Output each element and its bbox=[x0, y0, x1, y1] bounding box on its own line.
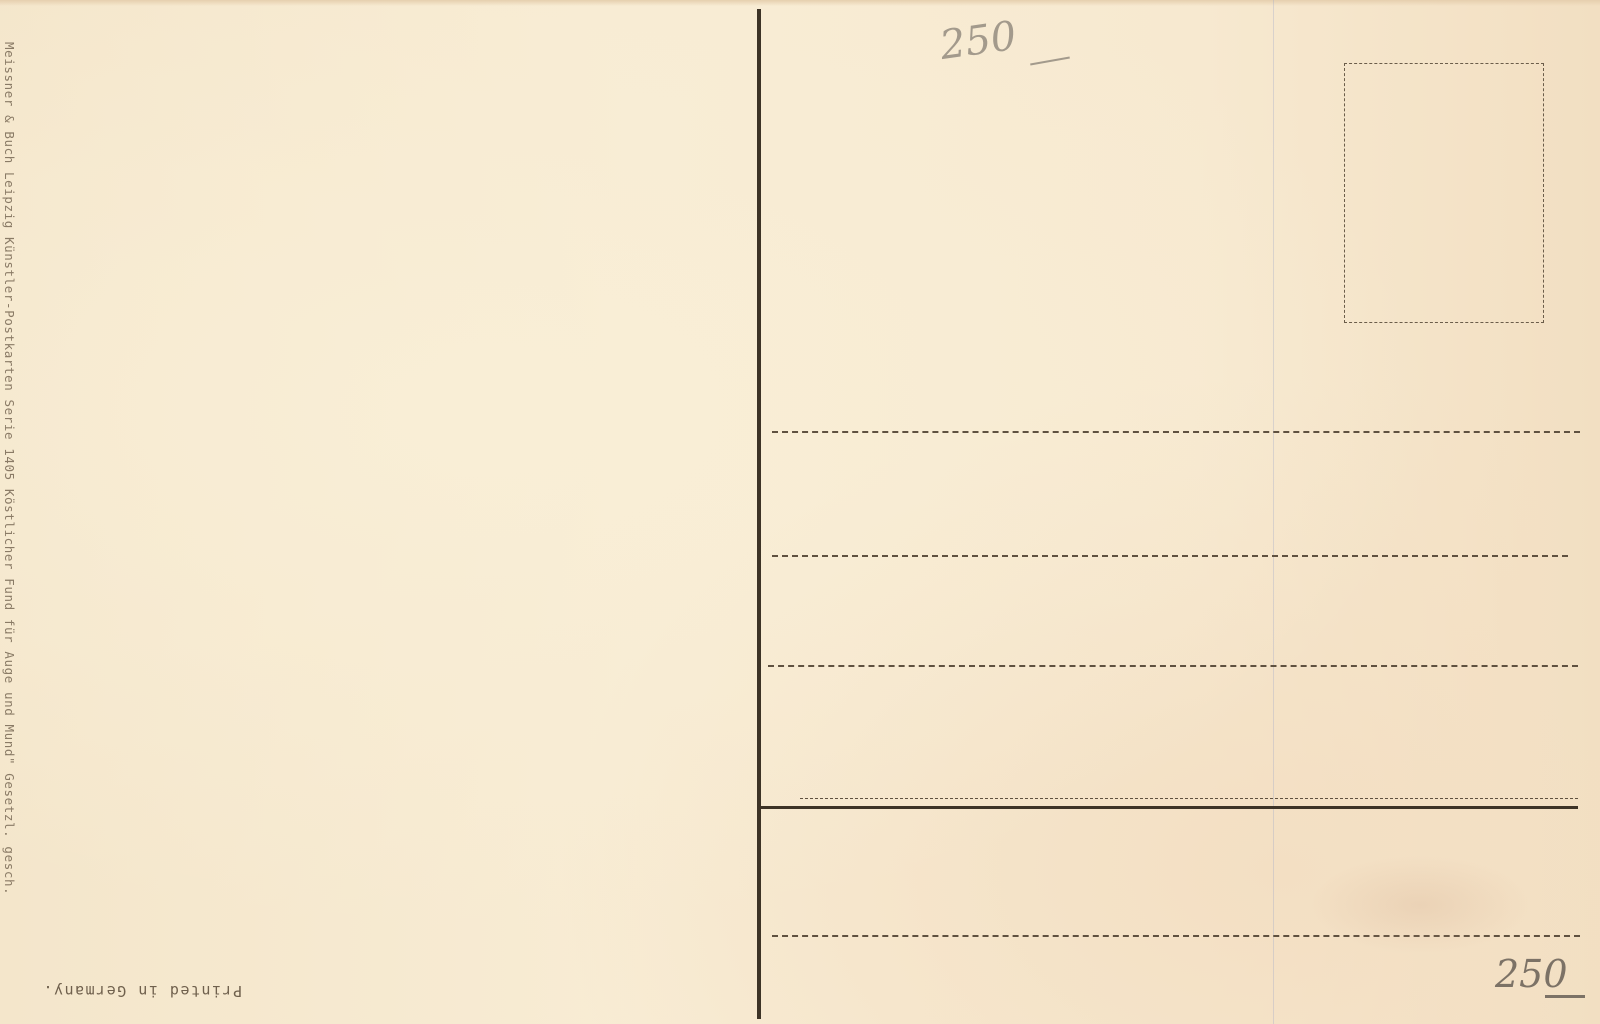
address-line-2 bbox=[772, 555, 1568, 557]
handwritten-price-top: 250 bbox=[937, 13, 1019, 69]
center-divider-line bbox=[757, 9, 761, 1019]
handwritten-price-bottom: 250 bbox=[1495, 952, 1568, 996]
address-line-4 bbox=[800, 798, 1578, 799]
address-line-3 bbox=[768, 665, 1578, 667]
card-edge bbox=[0, 0, 1600, 6]
fold-crease bbox=[1273, 0, 1274, 1024]
ink-smudge bbox=[1310, 855, 1530, 955]
postcard-back: Meissner & Buch Leipzig Künstler-Postkar… bbox=[0, 0, 1600, 1024]
handwritten-dash-top bbox=[1030, 57, 1070, 66]
handwritten-dash-bottom bbox=[1545, 995, 1585, 998]
publisher-imprint: Meissner & Buch Leipzig Künstler-Postkar… bbox=[2, 42, 17, 895]
printed-in-germany-text: Printed in Germany. bbox=[42, 982, 242, 1000]
address-line-1 bbox=[772, 431, 1580, 433]
address-solid-line bbox=[761, 806, 1578, 809]
stamp-box bbox=[1344, 63, 1544, 323]
